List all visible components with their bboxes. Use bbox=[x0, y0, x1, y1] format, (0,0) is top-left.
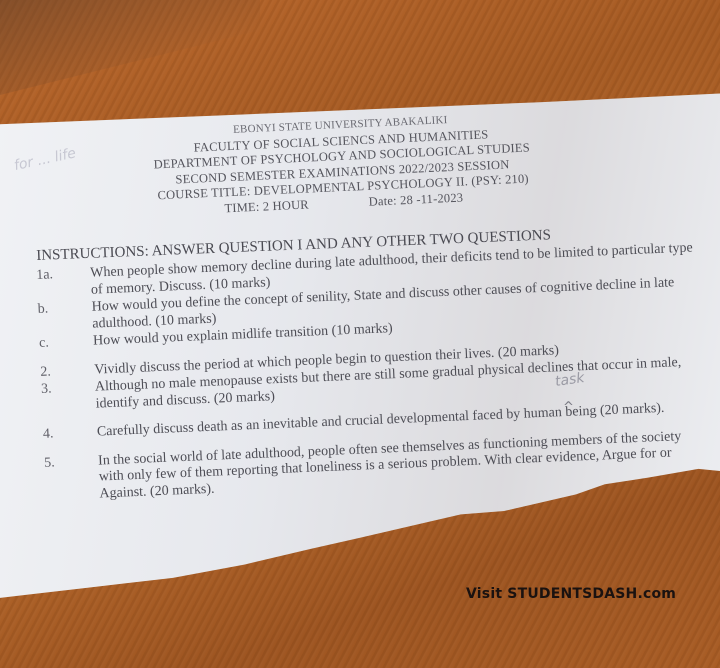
question-number: 2. bbox=[40, 362, 95, 381]
question-number: 3. bbox=[41, 380, 96, 415]
exam-date: Date: 28 -11-2023 bbox=[368, 190, 463, 210]
question-list: 1a. When people show memory decline duri… bbox=[36, 240, 705, 505]
watermark-text: Visit STUDENTSDASH.com bbox=[466, 586, 676, 602]
question-number: 1a. bbox=[36, 266, 91, 301]
question-number: 4. bbox=[43, 425, 98, 444]
insertion-caret-mark: ^ bbox=[563, 400, 574, 415]
exam-time: TIME: 2 HOUR bbox=[224, 197, 309, 216]
question-number: c. bbox=[39, 334, 94, 353]
question-5: 5. In the social world of late adulthood… bbox=[44, 428, 705, 505]
exam-paper-content: for ... life EBONYI STATE UNIVERSITY ABA… bbox=[0, 0, 720, 668]
exam-header: EBONYI STATE UNIVERSITY ABAKALIKI FACULT… bbox=[120, 108, 564, 221]
question-text: In the social world of late adulthood, p… bbox=[98, 428, 706, 503]
question-number: 5. bbox=[44, 453, 100, 505]
question-number: b. bbox=[37, 300, 92, 335]
